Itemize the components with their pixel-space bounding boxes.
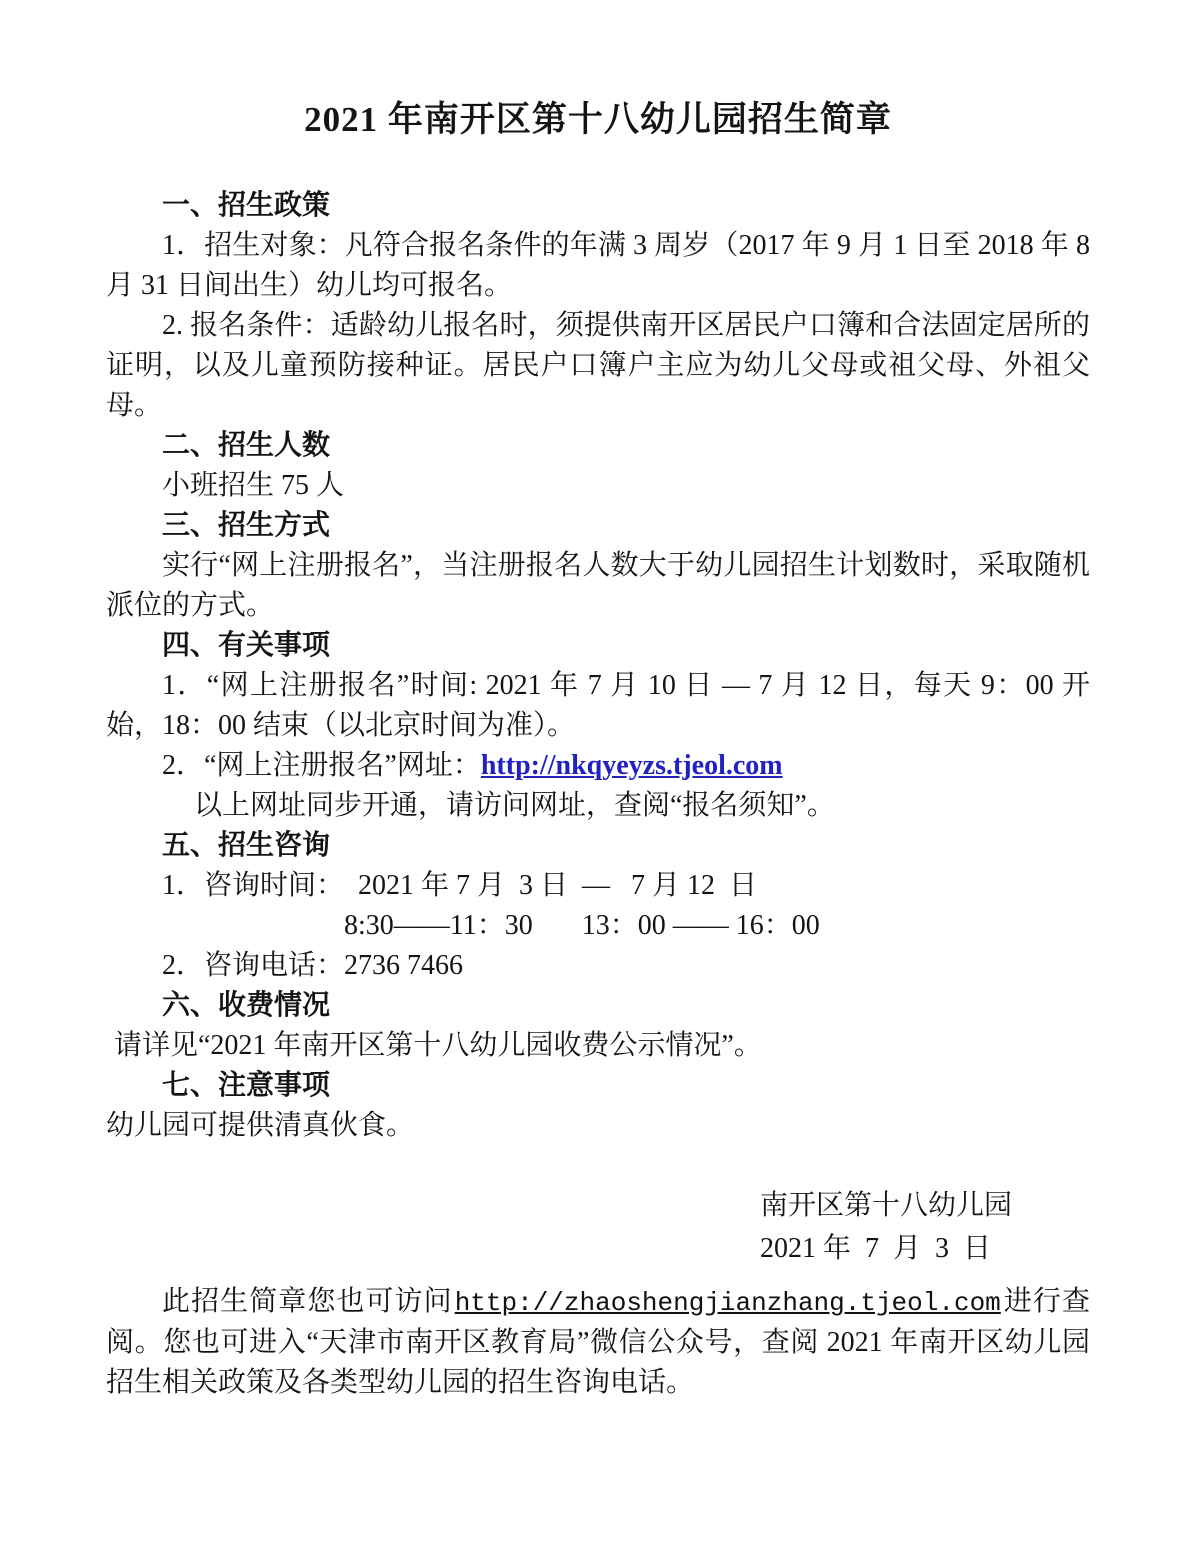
- section4-note: 以上网址同步开通，请访问网址，查阅“报名须知”。: [194, 786, 1090, 826]
- section5-consult-time: 1．咨询时间： 2021 年 7 月 3 日 — 7 月 12 日: [106, 866, 1090, 906]
- section7-heading: 七、注意事项: [162, 1066, 1090, 1106]
- footer-prefix: 此招生简章您也可访问: [162, 1286, 453, 1317]
- section2-heading: 二、招生人数: [162, 426, 1090, 466]
- section3-heading: 三、招生方式: [162, 506, 1090, 546]
- section4-heading: 四、有关事项: [162, 626, 1090, 666]
- section7-text: 幼儿园可提供清真伙食。: [106, 1106, 1090, 1146]
- page-title: 2021 年南开区第十八幼儿园招生简章: [106, 96, 1090, 144]
- section3-text: 实行“网上注册报名”，当注册报名人数大于幼儿园招生计划数时，采取随机派位的方式。: [106, 546, 1090, 626]
- signature-name: 南开区第十八幼儿园: [760, 1184, 1012, 1227]
- footer-paragraph: 此招生简章您也可访问http://zhaoshengjianzhang.tjeo…: [106, 1282, 1090, 1403]
- section6-text: 请详见“2021 年南开区第十八幼儿园收费公示情况”。: [106, 1026, 1090, 1066]
- section1-item1: 1．招生对象：凡符合报名条件的年满 3 周岁（2017 年 9 月 1 日至 2…: [106, 226, 1090, 306]
- section2-enrollment-count: 小班招生 75 人: [106, 466, 1090, 506]
- document-page: 2021 年南开区第十八幼儿园招生简章 一、招生政策 1．招生对象：凡符合报名条…: [0, 0, 1200, 1552]
- consultation-hours: 8:30——11：30 13：00 —— 16：00: [344, 906, 1090, 946]
- section1-heading: 一、招生政策: [162, 186, 1090, 226]
- section5-heading: 五、招生咨询: [162, 826, 1090, 866]
- section5-phone-line: 2．咨询电话：2736 7466: [106, 946, 1090, 986]
- signature-block: 南开区第十八幼儿园 2021 年 7 月 3 日: [760, 1184, 1012, 1270]
- registration-url-link[interactable]: http://nkqyeyzs.tjeol.com: [481, 750, 783, 781]
- section4-item2: 2．“网上注册报名”网址：http://nkqyeyzs.tjeol.com: [106, 746, 1090, 786]
- announcement-url-link[interactable]: http://zhaoshengjianzhang.tjeol.com: [455, 1288, 1001, 1318]
- section6-heading: 六、收费情况: [162, 986, 1090, 1026]
- section1-item2: 2. 报名条件：适龄幼儿报名时，须提供南开区居民户口簿和合法固定居所的证明，以及…: [106, 306, 1090, 426]
- signature-date: 2021 年 7 月 3 日: [760, 1227, 1012, 1270]
- section4-item2-prefix: 2．“网上注册报名”网址：: [162, 750, 481, 781]
- section4-item1: 1．“网上注册报名”时间: 2021 年 7 月 10 日 — 7 月 12 日…: [106, 666, 1090, 746]
